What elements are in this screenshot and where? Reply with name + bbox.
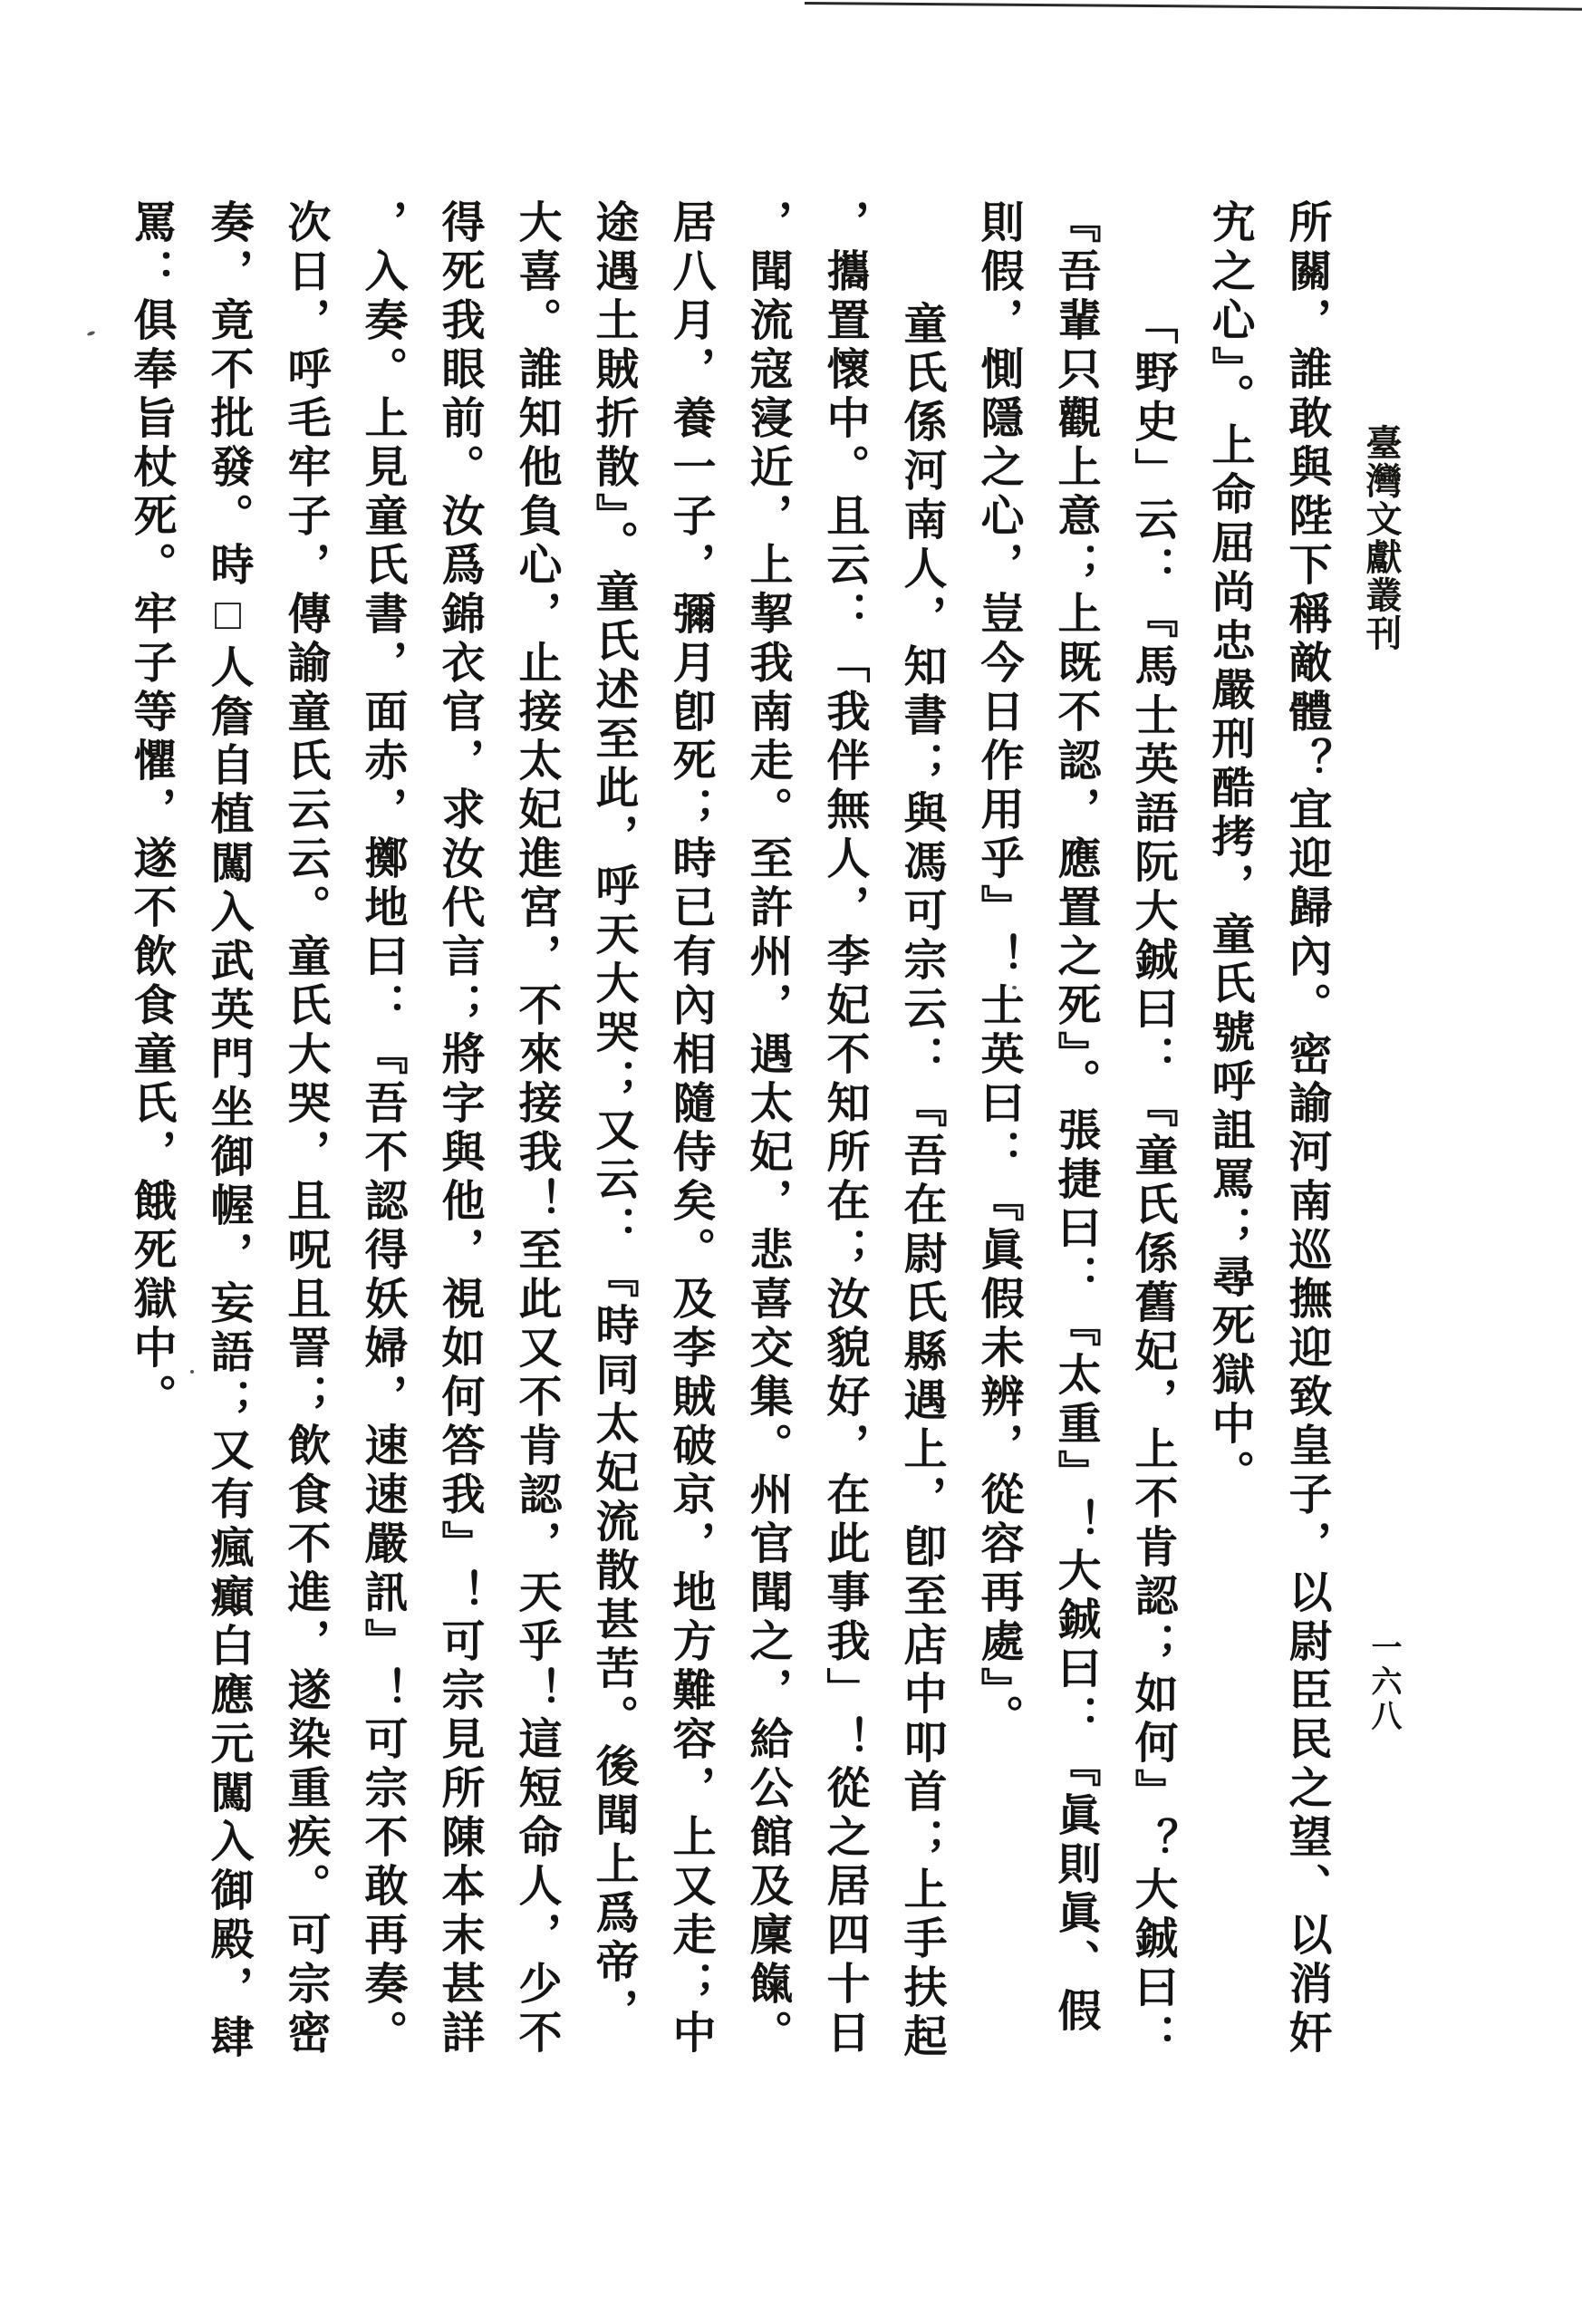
scan-speck: [1012, 986, 1017, 989]
text-column: ，攜置懷中。且云：「我伴無人，李妃不知所在；汝貌好，在此事我」！從之居四十日: [822, 199, 865, 2138]
text-column: 居八月，養一子，彌月卽死；時已有內相隨侍矣。及李賊破京，地方難容，上又走；中: [668, 199, 711, 2138]
text-block: 所關，誰敢與陛下稱敵體？宜迎歸內。密諭河南巡撫迎致皇子，以尉臣民之望、以消奸宄之…: [95, 199, 1327, 2138]
text-column: 大喜。誰知他負心，止接太妃進宮，不來接我！至此又不肯認，天乎！這短命人，少不: [514, 199, 557, 2138]
text-column: 則假，惻隱之心，豈今日作用乎』！士英曰：『眞假未辨，從容再處』。: [976, 199, 1019, 2138]
scanned-book-page: 臺灣文獻叢刊 一六八 所關，誰敢與陛下稱敵體？宜迎歸內。密諭河南巡撫迎致皇子，以…: [0, 0, 1582, 2324]
text-column: ，聞流寇寖近，上挈我南走。至許州，遇太妃，悲喜交集。州官聞之，給公館及廩餼。: [745, 199, 788, 2138]
text-column: 所關，誰敢與陛下稱敵體？宜迎歸內。密諭河南巡撫迎致皇子，以尉臣民之望、以消奸: [1284, 199, 1327, 2138]
page-top-edge-line: [805, 2, 1582, 11]
text-column: 得死我眼前。汝爲錦衣官，求汝代言；將字與他，視如何答我』！可宗見所陳本末甚詳: [437, 199, 480, 2138]
text-column: ，入奏。上見童氏書，面赤，擲地曰：『吾不認得妖婦，速速嚴訊』！可宗不敢再奏。: [360, 199, 403, 2138]
text-column: 途遇土賊折散』。童氏述至此，呼天大哭；又云：『時同太妃流散甚苦。後聞上爲帝，: [591, 199, 634, 2138]
text-column: 次日，呼毛牢子，傳諭童氏云云。童氏大哭，且呪且詈；飲食不進，遂染重疾。可宗密: [283, 199, 326, 2138]
text-column: 「野史」云：『馬士英語阮大鋮曰：『童氏係舊妃，上不肯認；如何』？大鋮曰：: [1130, 199, 1173, 2240]
scan-speck: [190, 1370, 194, 1374]
text-column: 罵：俱奉旨杖死。牢子等懼，遂不飲食童氏，餓死獄中。: [129, 199, 172, 2138]
text-column: 童氏係河南人，知書；與馮可宗云：『吾在尉氏縣遇上，卽至店中叩首；上手扶起: [899, 199, 942, 2240]
text-column: 奏，竟不批發。時□人詹自植闖入武英門坐御幄，妄語；又有瘋癲白應元闖入御殿，肆: [206, 199, 249, 2138]
scan-speck: [87, 331, 96, 337]
text-column: 『吾輩只觀上意；上既不認，應置之死』。張捷曰：『太重』！大鋮曰：『眞則眞、假: [1053, 199, 1096, 2138]
series-title: 臺灣文獻叢刊: [1355, 424, 1407, 652]
text-column: 宄之心』。上命屈尚忠嚴刑酷拷，童氏號呼詛罵；尋死獄中。: [1207, 199, 1250, 2138]
page-number: 一六八: [1361, 1631, 1405, 1734]
